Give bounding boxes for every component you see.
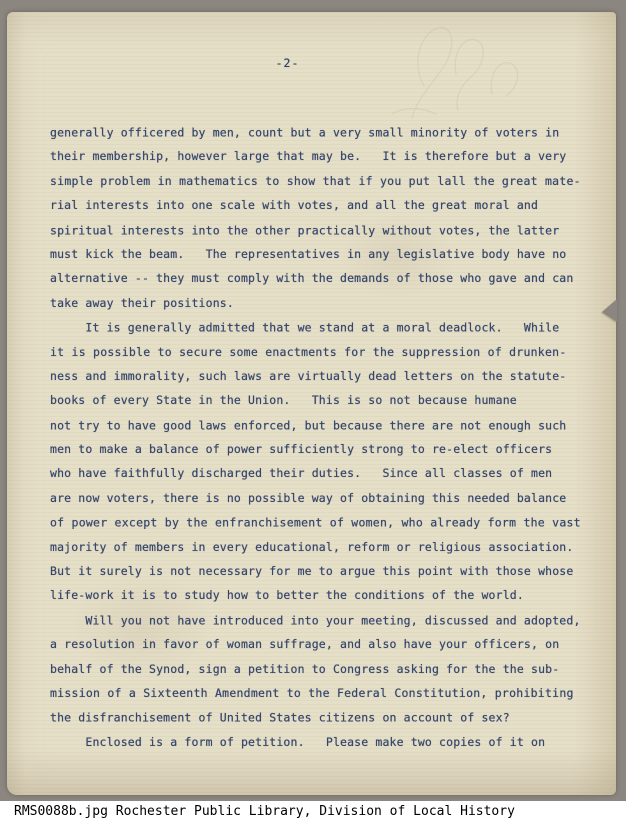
pencil-scribble-icon bbox=[372, 14, 582, 129]
typed-line: not try to have good laws enforced, but … bbox=[50, 413, 596, 437]
paper-edge-notch bbox=[602, 299, 617, 322]
typed-line: mission of a Sixteenth Amendment to the … bbox=[50, 681, 596, 705]
typed-line: of power except by the enfranchisement o… bbox=[50, 511, 596, 535]
typed-text-block: generally officered by men, count but a … bbox=[50, 120, 596, 754]
typed-line: Enclosed is a form of petition. Please m… bbox=[50, 730, 596, 754]
typed-line: But it surely is not necessary for me to… bbox=[50, 559, 596, 583]
typed-line: their membership, however large that may… bbox=[50, 144, 596, 168]
caption-bar: RMS0088b.jpg Rochester Public Library, D… bbox=[0, 801, 626, 822]
caption-text: RMS0088b.jpg Rochester Public Library, D… bbox=[0, 801, 515, 822]
typed-line: the disfranchisement of United States ci… bbox=[50, 706, 596, 730]
typed-line: life-work it is to study how to better t… bbox=[50, 583, 596, 607]
scan-viewport: -2- generally officered by men, count bu… bbox=[0, 0, 626, 822]
typed-line: simple problem in mathematics to show th… bbox=[50, 169, 596, 193]
typed-line: it is possible to secure some enactments… bbox=[50, 340, 596, 364]
typed-line: rial interests into one scale with votes… bbox=[50, 193, 596, 217]
typed-line: take away their positions. bbox=[50, 291, 596, 315]
typed-line: spiritual interests into the other pract… bbox=[50, 218, 596, 242]
typed-line: must kick the beam. The representatives … bbox=[50, 242, 596, 266]
typed-line: are now voters, there is no possible way… bbox=[50, 486, 596, 510]
page-number: -2- bbox=[0, 56, 592, 70]
typed-line: alternative -- they must comply with the… bbox=[50, 266, 596, 290]
typed-line: ness and immorality, such laws are virtu… bbox=[50, 364, 596, 388]
typed-line: Will you not have introduced into your m… bbox=[50, 608, 596, 632]
typed-line: It is generally admitted that we stand a… bbox=[50, 315, 596, 339]
typed-line: behalf of the Synod, sign a petition to … bbox=[50, 657, 596, 681]
scanned-page: -2- generally officered by men, count bu… bbox=[7, 12, 616, 795]
typed-line: men to make a balance of power sufficien… bbox=[50, 437, 596, 461]
typed-line: majority of members in every educational… bbox=[50, 535, 596, 559]
typed-line: a resolution in favor of woman suffrage,… bbox=[50, 632, 596, 656]
typed-line: who have faithfully discharged their dut… bbox=[50, 461, 596, 485]
typed-line: generally officered by men, count but a … bbox=[50, 120, 596, 144]
typed-line: books of every State in the Union. This … bbox=[50, 388, 596, 412]
